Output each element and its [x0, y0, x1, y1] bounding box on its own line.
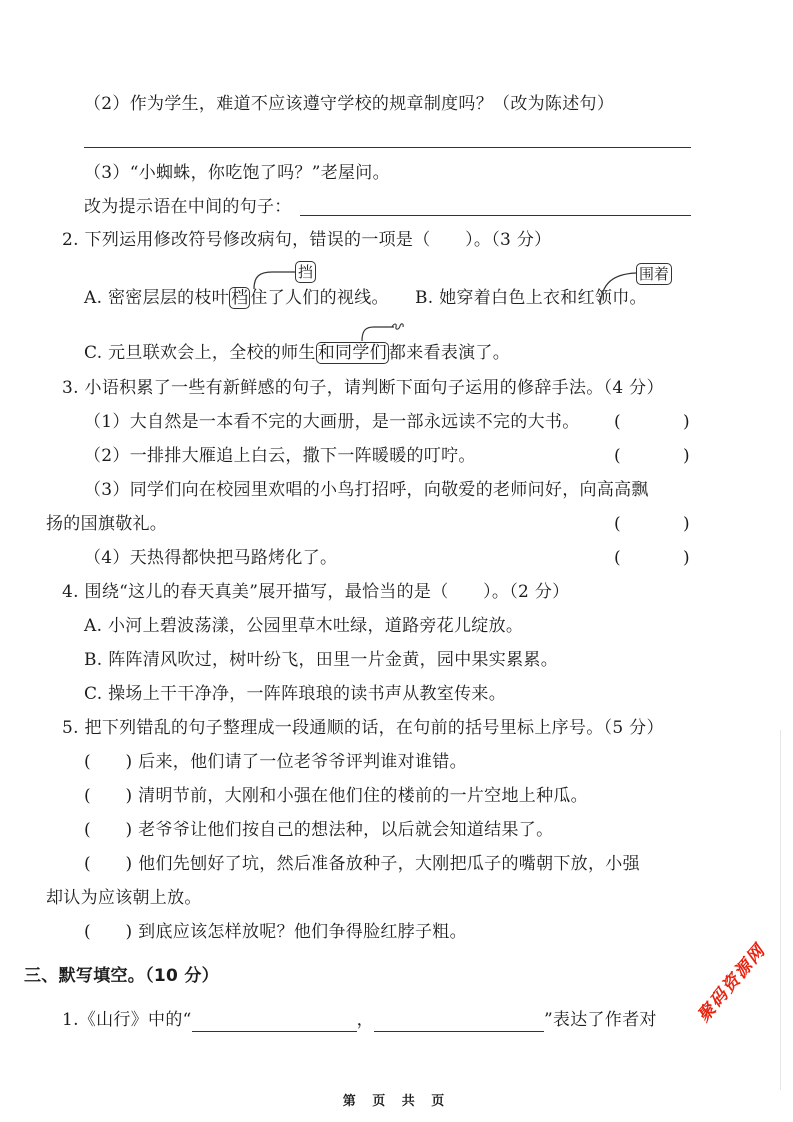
section-3-q1-blank-2[interactable] — [374, 1013, 544, 1032]
watermark: 聚码资源网 — [690, 937, 770, 1026]
q5-stem: 5. 把下列错乱的句子整理成一段通顺的话，在句前的括号里标上序号。（5 分） — [62, 716, 664, 740]
q5-item-3[interactable]: ( ) 老爷爷让他们按自己的想法种，以后就会知道结果了。 — [84, 818, 553, 842]
q2-option-c-prefix: C. 元旦联欢会上，全校的师生 — [84, 343, 316, 363]
q4-option-c: C. 操场上干干净净，一阵阵琅琅的读书声从教室传来。 — [84, 682, 506, 706]
q5-item-2[interactable]: ( ) 清明节前，大刚和小强在他们住的楼前的一片空地上种瓜。 — [84, 784, 588, 808]
q2-option-c-boxed-text: 和同学们 — [316, 342, 389, 364]
q3-item-3-answer[interactable] — [624, 512, 682, 536]
q3-item-3-paren-open: ( — [614, 512, 621, 536]
q3-item-1: （1）大自然是一本看不完的大画册，是一部永远读不完的大书。 — [84, 410, 580, 434]
section-3-title: 三、默写填空。（10 分） — [24, 964, 219, 988]
q3-item-3-paren-close: ) — [683, 512, 690, 536]
q2-option-a-insert: 挡 — [295, 261, 316, 283]
q3-item-4-answer[interactable] — [624, 546, 682, 570]
q2-option-c-delete-mark — [360, 322, 410, 342]
q3-item-2-paren-close: ) — [683, 444, 690, 468]
q1-item3-text: （3）“小蜘蛛，你吃饱了吗？”老屋问。 — [84, 161, 390, 185]
q5-item-4-cont: 却认为应该朝上放。 — [46, 886, 202, 910]
q3-item-3: （3）同学们向在校园里欢唱的小鸟打招呼，向敬爱的老师问好，向高高飘 — [84, 478, 649, 502]
section-3-q1-blank-1[interactable] — [192, 1013, 357, 1032]
q2-option-a-prefix: A. 密密层层的枝叶 — [84, 288, 229, 308]
q3-item-4: （4）天热得都快把马路烤化了。 — [84, 546, 337, 570]
scan-edge-line — [780, 730, 781, 1090]
q2-option-b-insertion-mark — [598, 270, 638, 306]
q1-item3-prompt: 改为提示语在中间的句子： — [84, 195, 292, 219]
q3-item-4-paren-open: ( — [614, 546, 621, 570]
q4-option-b: B. 阵阵清风吹过，树叶纷飞，田里一片金黄，园中果实累累。 — [84, 648, 558, 672]
exam-page: （2）作为学生，难道不应该遵守学校的规章制度吗？（改为陈述句） （3）“小蜘蛛，… — [0, 0, 793, 1122]
q3-item-1-answer[interactable] — [624, 410, 682, 434]
q3-item-2: （2）一排排大雁追上白云，撒下一阵暖暖的叮咛。 — [84, 444, 476, 468]
q1-item3-answer-line[interactable] — [300, 215, 691, 216]
q5-item-4[interactable]: ( ) 他们先刨好了坑，然后准备放种子，大刚把瓜子的嘴朝下放，小强 — [84, 852, 640, 876]
q3-item-4-paren-close: ) — [683, 546, 690, 570]
section-3-q1-suffix: ”表达了作者对 — [544, 1010, 657, 1030]
q2-option-a-suffix: 住了人们的视线。 — [250, 288, 388, 308]
q1-item2-text: （2）作为学生，难道不应该遵守学校的规章制度吗？（改为陈述句） — [84, 92, 614, 116]
q3-item-3-cont: 扬的国旗敬礼。 — [46, 512, 167, 536]
q3-item-1-paren-close: ) — [683, 410, 690, 434]
q3-stem: 3. 小语积累了一些有新鲜感的句子，请判断下面句子运用的修辞手法。（4 分） — [62, 376, 664, 400]
q4-stem: 4. 围绕“这儿的春天真美”展开描写，最恰当的是（ ）。（2 分） — [62, 580, 569, 604]
q3-item-2-answer[interactable] — [624, 444, 682, 468]
section-3-q1-prefix: 1.《山行》中的“ — [62, 1010, 192, 1030]
q5-item-5[interactable]: ( ) 到底应该怎样放呢？他们争得脸红脖子粗。 — [84, 920, 467, 944]
q2-option-c-suffix: 都来看表演了。 — [389, 343, 510, 363]
q2-option-b-insert: 围着 — [636, 263, 672, 285]
section-3-q1-comma: ， — [357, 1010, 374, 1030]
q2-option-a-correction-curve — [252, 268, 297, 290]
q4-option-a: A. 小河上碧波荡漾，公园里草木吐绿，道路旁花儿绽放。 — [84, 614, 523, 638]
q2-option-c: C. 元旦联欢会上，全校的师生和同学们都来看表演了。 — [84, 341, 510, 365]
q3-item-1-paren-open: ( — [614, 410, 621, 434]
section-3-q1: 1.《山行》中的“，”表达了作者对 — [62, 1008, 657, 1032]
q2-option-a: A. 密密层层的枝叶档住了人们的视线。 — [84, 286, 389, 310]
page-footer: 第 页 共 页 — [0, 1090, 793, 1109]
q3-item-2-paren-open: ( — [614, 444, 621, 468]
q5-item-1[interactable]: ( ) 后来，他们请了一位老爷爷评判谁对谁错。 — [84, 750, 467, 774]
q2-stem: 2. 下列运用修改符号修改病句，错误的一项是（ ）。（3 分） — [62, 228, 551, 252]
q2-option-b-before: B. 她穿着白色上衣和 — [415, 288, 578, 308]
q1-item2-answer-line[interactable] — [84, 147, 691, 148]
q2-option-a-boxed-char: 档 — [229, 287, 250, 309]
